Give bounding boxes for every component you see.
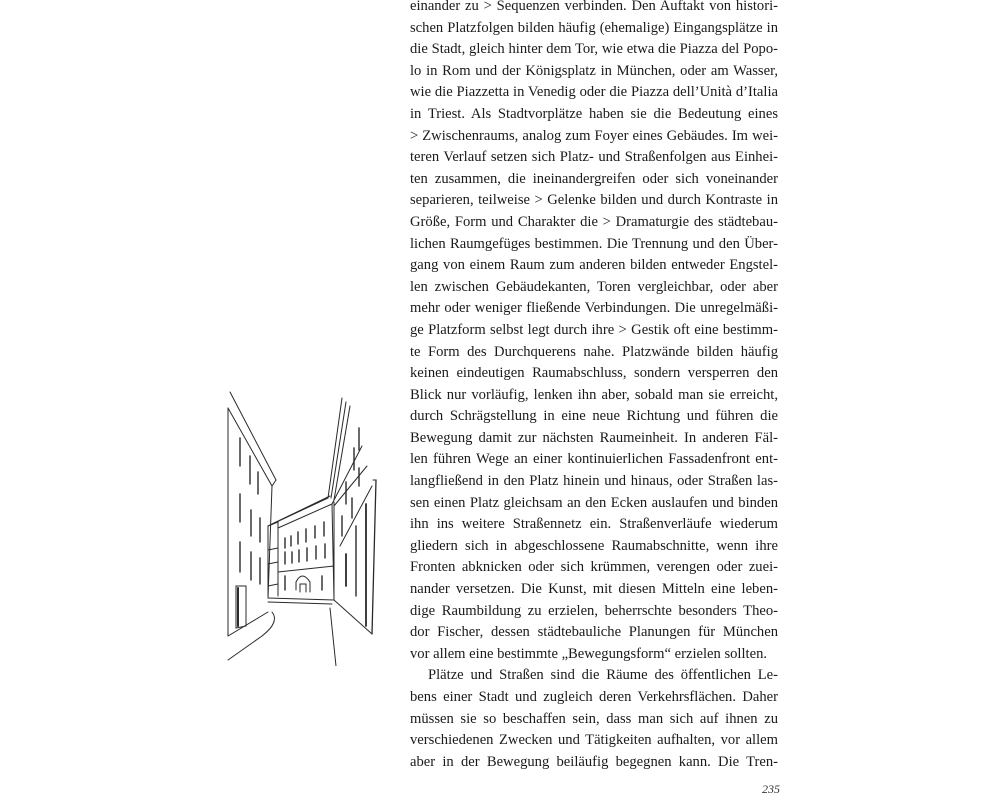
text-line: keinen eindeutigen Raumabschluss, sonder… bbox=[410, 363, 778, 385]
text-line: einander zu > Sequenzen verbinden. Den A… bbox=[410, 0, 778, 18]
text-line: aber in der Bewegung beiläufig begegnen … bbox=[410, 752, 778, 774]
text-line: dor Fischer, dessen städtebauliche Planu… bbox=[410, 622, 778, 644]
text-line: ihn ins weitere Straßennetz ein. Straßen… bbox=[410, 514, 778, 536]
paragraph-1: einander zu > Sequenzen verbinden. Den A… bbox=[410, 0, 778, 665]
text-line: wie die Piazzetta in Venedig oder die Pi… bbox=[410, 82, 778, 104]
text-line: teren Verlauf setzen sich Platz- und Str… bbox=[410, 147, 778, 169]
text-line: dige Raumbildung zu erzielen, beherrscht… bbox=[410, 601, 778, 623]
text-line: sen einen Platz gleichsam an den Ecken a… bbox=[410, 493, 778, 515]
text-line: müssen sie so beschaffen sein, dass man … bbox=[410, 709, 778, 731]
text-line: Größe, Form und Charakter die > Dramatur… bbox=[410, 212, 778, 234]
text-line: ten zusammen, die ineinandergreifen oder… bbox=[410, 169, 778, 191]
text-line: Blick nur vorläufig, lenken ihn aber, so… bbox=[410, 385, 778, 407]
book-page: einander zu > Sequenzen verbinden. Den A… bbox=[0, 0, 1000, 800]
text-line: te Form des Durchquerens nahe. Platzwänd… bbox=[410, 342, 778, 364]
text-line: schen Platzfolgen bilden häufig (ehemali… bbox=[410, 18, 778, 40]
text-line: vor allem eine bestimmte „Bewegungsform“… bbox=[410, 644, 778, 666]
text-line: gliedern sich in abgeschlossene Raumabsc… bbox=[410, 536, 778, 558]
text-line: durch Schrägstellung in eine neue Richtu… bbox=[410, 406, 778, 428]
text-line: Fronten abknicken oder sich krümmen, ver… bbox=[410, 557, 778, 579]
text-line: Plätze und Straßen sind die Räume des öf… bbox=[410, 665, 778, 687]
body-text-column: einander zu > Sequenzen verbinden. Den A… bbox=[410, 0, 778, 773]
text-line: Bewegung damit zur nächsten Raumeinheit.… bbox=[410, 428, 778, 450]
text-line: in Triest. Als Stadtvorplätze haben sie … bbox=[410, 104, 778, 126]
text-line: separieren, teilweise > Gelenke bilden u… bbox=[410, 190, 778, 212]
paragraph-2: Plätze und Straßen sind die Räume des öf… bbox=[410, 665, 778, 773]
text-line: verschiedenen Zwecken und Tätigkeiten au… bbox=[410, 730, 778, 752]
text-line: bens einer Stadt und zugleich deren Verk… bbox=[410, 687, 778, 709]
text-line: die Stadt, gleich hinter dem Tor, wie et… bbox=[410, 39, 778, 61]
text-line: lo in Rom und der Königsplatz in München… bbox=[410, 61, 778, 83]
page-number: 235 bbox=[756, 782, 780, 797]
text-line: gang von einem Raum zum anderen bilden e… bbox=[410, 255, 778, 277]
text-line: > Zwischenraums, analog zum Foyer eines … bbox=[410, 126, 778, 148]
text-line: lichen Raumgefüges bestimmen. Die Trennu… bbox=[410, 234, 778, 256]
text-line: ge Platzform selbst legt durch ihre > Ge… bbox=[410, 320, 778, 342]
text-line: nander versetzen. Die Kunst, mit diesen … bbox=[410, 579, 778, 601]
text-line: langfließend in den Platz hinein und hin… bbox=[410, 471, 778, 493]
text-line: mehr oder weniger fließende Verbindungen… bbox=[410, 298, 778, 320]
text-line: len zwischen Gebäudekanten, Toren vergle… bbox=[410, 277, 778, 299]
street-perspective-sketch-icon bbox=[222, 386, 382, 666]
text-line: len führen Wege an einer kontinuierliche… bbox=[410, 449, 778, 471]
street-sketch-illustration bbox=[222, 386, 382, 666]
